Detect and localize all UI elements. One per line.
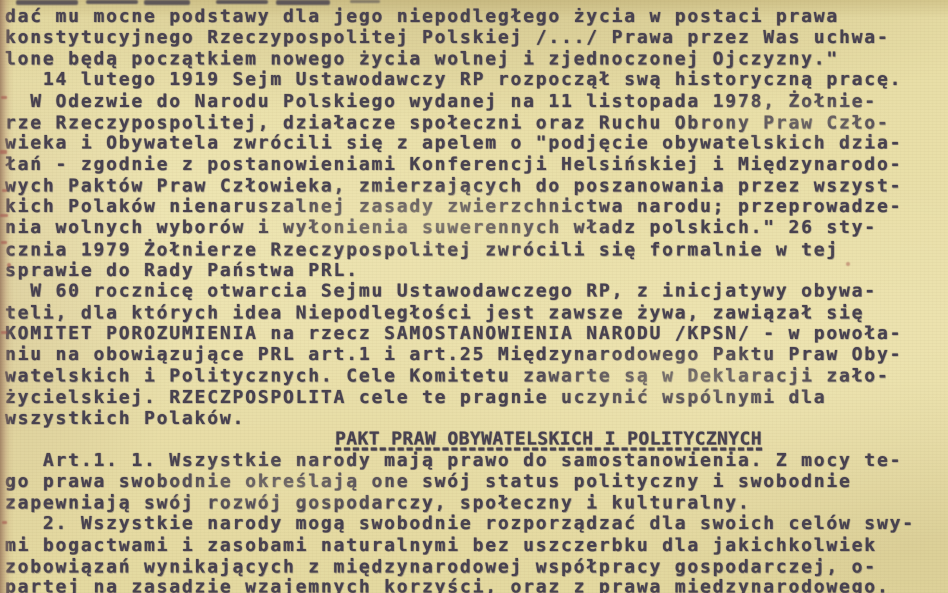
- text-line: niu na obowiązujące PRL art.1 i art.25 M…: [5, 344, 945, 365]
- scan-artifact: [846, 262, 850, 266]
- text-line: rze Rzeczypospolitej, działacze społeczn…: [5, 112, 945, 133]
- text-line: konstytucyjnego Rzeczypospolitej Polskie…: [5, 27, 945, 48]
- text-line: wszystkich Polaków.: [5, 408, 945, 429]
- page-edge-shadow: [0, 0, 14, 593]
- text-line: łań - zgodnie z postanowieniami Konferen…: [5, 154, 945, 175]
- text-line: wych Paktów Praw Człowieka, zmierzającyc…: [5, 176, 945, 197]
- scan-artifact: [2, 521, 7, 524]
- text-line: 14 lutego 1919 Sejm Ustawodawczy RP rozp…: [5, 69, 945, 90]
- scan-artifact: [1, 96, 7, 99]
- text-line: życielskiej. RZECZPOSPOLITA cele te prag…: [5, 387, 945, 408]
- text-line: W Odezwie do Narodu Polskiego wydanej na…: [5, 91, 945, 112]
- text-line: wieka i Obywatela zwrócili się z apelem …: [5, 132, 945, 153]
- scan-artifact: [1, 241, 7, 244]
- text-line: teli, dla których idea Niepodległości je…: [5, 303, 945, 324]
- section-heading: PAKT PRAW OBYWATELSKICH I POLITYCZNYCH: [5, 428, 945, 449]
- clipped-line-fragment: [276, 0, 330, 5]
- scan-artifact: [7, 263, 11, 267]
- clipped-line-fragment: [350, 0, 380, 3]
- scan-artifact: [2, 189, 7, 192]
- document-text: dać mu mocne podstawy dla jego niepodleg…: [5, 6, 945, 593]
- scan-artifact: [0, 214, 8, 217]
- scan-artifact: [1, 331, 7, 334]
- text-line: go prawa swobodnie określają one swój st…: [5, 471, 945, 492]
- clipped-line-fragment: [16, 0, 78, 5]
- text-line: zapewniają swój rozwój gospodarczy, społ…: [5, 493, 945, 514]
- text-line: sprawie do Rady Państwa PRL.: [5, 260, 945, 281]
- text-line: partej na zasadzie wzajemnych korzyści, …: [5, 576, 945, 593]
- text-line: zobowiązań wynikających z międzynarodowe…: [5, 556, 945, 577]
- text-line: lone będą początkiem nowego życia wolnej…: [5, 49, 945, 70]
- clipped-line-fragment: [86, 0, 138, 4]
- text-line: mi bogactwami i zasobami naturalnymi bez…: [5, 535, 945, 556]
- text-line: W 60 rocznicę otwarcia Sejmu Ustawodawcz…: [5, 280, 945, 301]
- text-line: nia wolnych wyborów i wyłonienia suweren…: [5, 217, 945, 238]
- text-line: dać mu mocne podstawy dla jego niepodleg…: [5, 6, 945, 27]
- text-line: kich Polaków nienaruszalnej zasady zwier…: [5, 196, 945, 217]
- section-heading-text: PAKT PRAW OBYWATELSKICH I POLITYCZNYCH: [335, 428, 762, 449]
- clipped-line-fragment: [144, 0, 190, 5]
- text-line: watelskich i Politycznych. Cele Komitetu…: [5, 366, 945, 387]
- clipped-line-fragment: [216, 0, 268, 4]
- text-line: KOMITET POROZUMIENIA na rzecz SAMOSTANOW…: [5, 323, 945, 344]
- document-page: dać mu mocne podstawy dla jego niepodleg…: [0, 0, 948, 593]
- text-line: Art.1. 1. Wszystkie narody mają prawo do…: [5, 450, 945, 471]
- text-line: 2. Wszystkie narody mogą swobodnie rozpo…: [5, 513, 945, 534]
- text-line: cznia 1979 Żołnierze Rzeczypospolitej zw…: [5, 239, 945, 260]
- scan-artifact: [0, 150, 7, 154]
